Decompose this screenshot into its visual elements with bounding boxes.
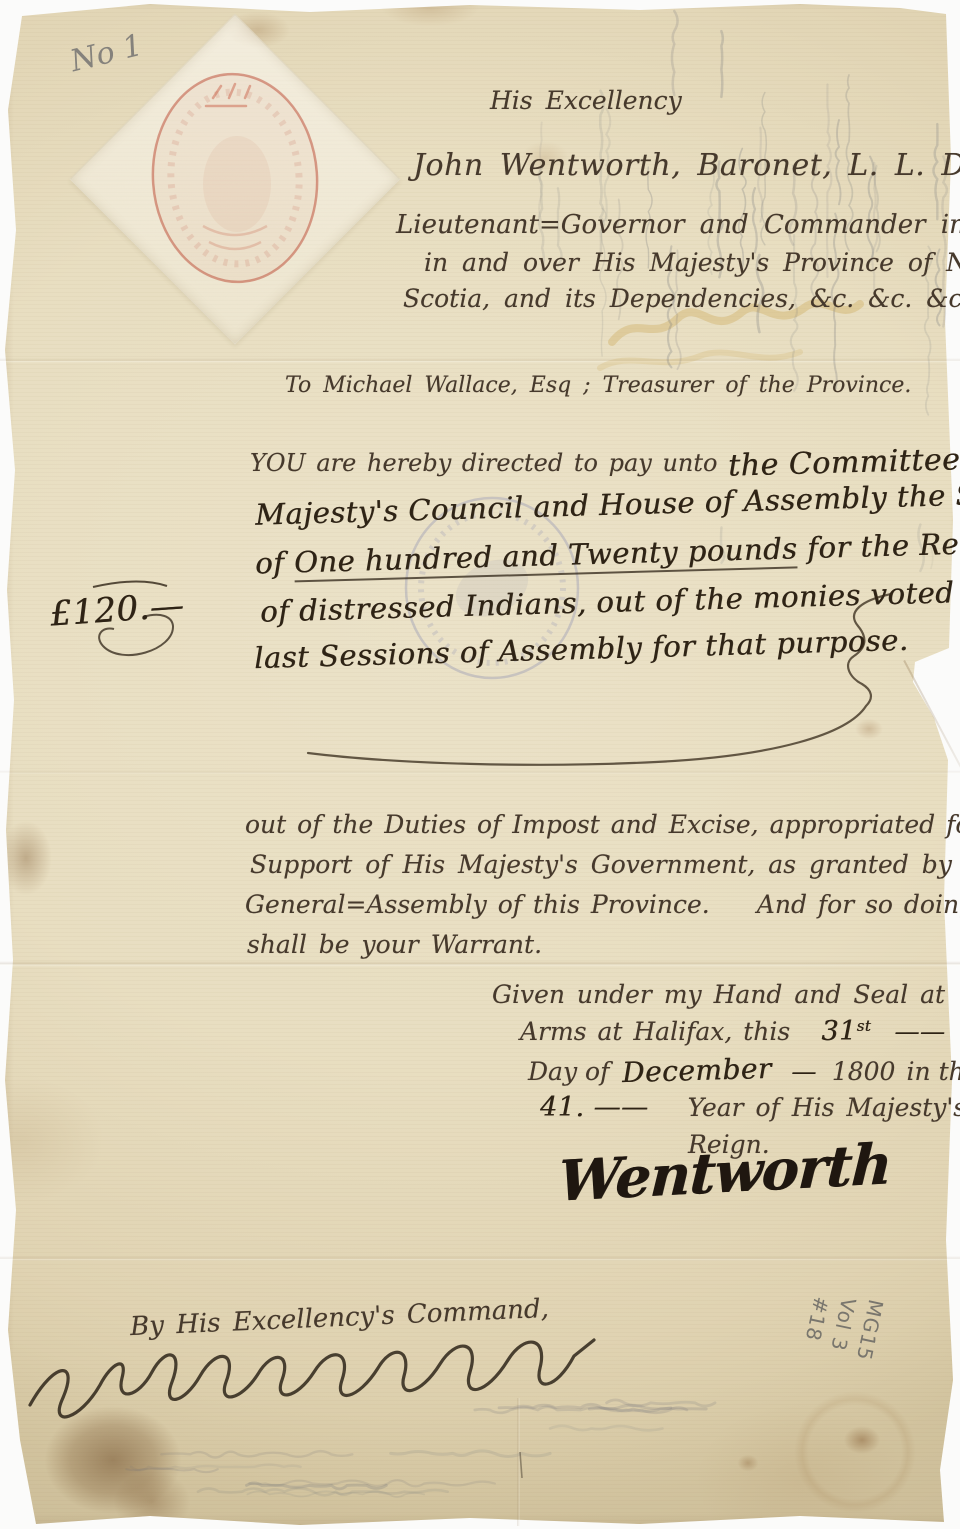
continuation-line-1: out of the Duties of Impost and Excise, … — [245, 810, 960, 839]
attestation-line-3: Day of December — 1800 in the — [528, 1054, 960, 1087]
day-dash: —— — [894, 1017, 945, 1046]
day-value: 31 — [821, 1016, 856, 1047]
continuation-line-3a: General=Assembly of this Province. — [245, 890, 710, 919]
attestation-line-3-printed: Day of — [528, 1057, 609, 1086]
body-line-1: YOU are hereby directed to pay unto the … — [250, 444, 960, 479]
body-line-2: Majesty's Council and House of Assembly … — [255, 487, 960, 521]
attestation-line-3-post: in the — [907, 1057, 960, 1086]
attestation-line-1: Given under my Hand and Seal at — [492, 980, 945, 1009]
day-suffix: st — [857, 1017, 872, 1035]
continuation-line-3: General=Assembly of this Province. And f… — [245, 890, 960, 919]
year-dash: — — [791, 1057, 817, 1086]
document-scan: No 1 His Excellency John Wentworth, Baro… — [0, 0, 960, 1529]
month-value: December — [622, 1052, 773, 1089]
day-number: 31st — [821, 1016, 871, 1047]
year-value: 1800 — [832, 1057, 896, 1086]
header-line-1: His Excellency — [490, 86, 682, 115]
body-manuscript-3-post: for the Relief — [797, 525, 960, 565]
header-line-3: Lieutenant=Governor and Commander in Chi… — [396, 210, 960, 240]
red-wax-seal-icon — [145, 66, 325, 290]
header-line-5: Scotia, and its Dependencies, &c. &c. &c… — [403, 284, 960, 313]
header-line-2: John Wentworth, Baronet, L. L. D. — [413, 148, 960, 183]
attestation-line-2: Arms at Halifax, this 31st —— — [520, 1016, 945, 1047]
continuation-line-2: Support of His Majesty's Government, as … — [250, 850, 960, 879]
header-line-4: in and over His Majesty's Province of No… — [424, 248, 960, 277]
attestation-line-2-printed: Arms at Halifax, this — [520, 1017, 790, 1046]
salutation-line: To Michael Wallace, Esq ; Treasurer of t… — [285, 373, 911, 398]
continuation-line-4: shall be your Warrant. — [247, 930, 542, 959]
attestation-line-4: 41. —— Year of His Majesty's — [540, 1092, 960, 1123]
body-line-3: of One hundred and Twenty pounds for the… — [255, 536, 960, 570]
fold-crease-vertical — [517, 1398, 520, 1526]
attestation-line-4-printed: Year of His Majesty's — [688, 1093, 960, 1122]
body-line-4: of distressed Indians, out of the monies… — [260, 585, 954, 619]
continuation-line-3b: And for so doing this — [757, 890, 960, 919]
body-manuscript-1: the Committee of His — [728, 439, 960, 483]
regnal-year-value: 41. —— — [540, 1092, 649, 1123]
body-line-5: last Sessions of Assembly for that purpo… — [254, 632, 909, 666]
body-printed-lead: YOU are hereby directed to pay unto — [250, 449, 728, 477]
body-manuscript-3-pre: of — [255, 545, 295, 580]
